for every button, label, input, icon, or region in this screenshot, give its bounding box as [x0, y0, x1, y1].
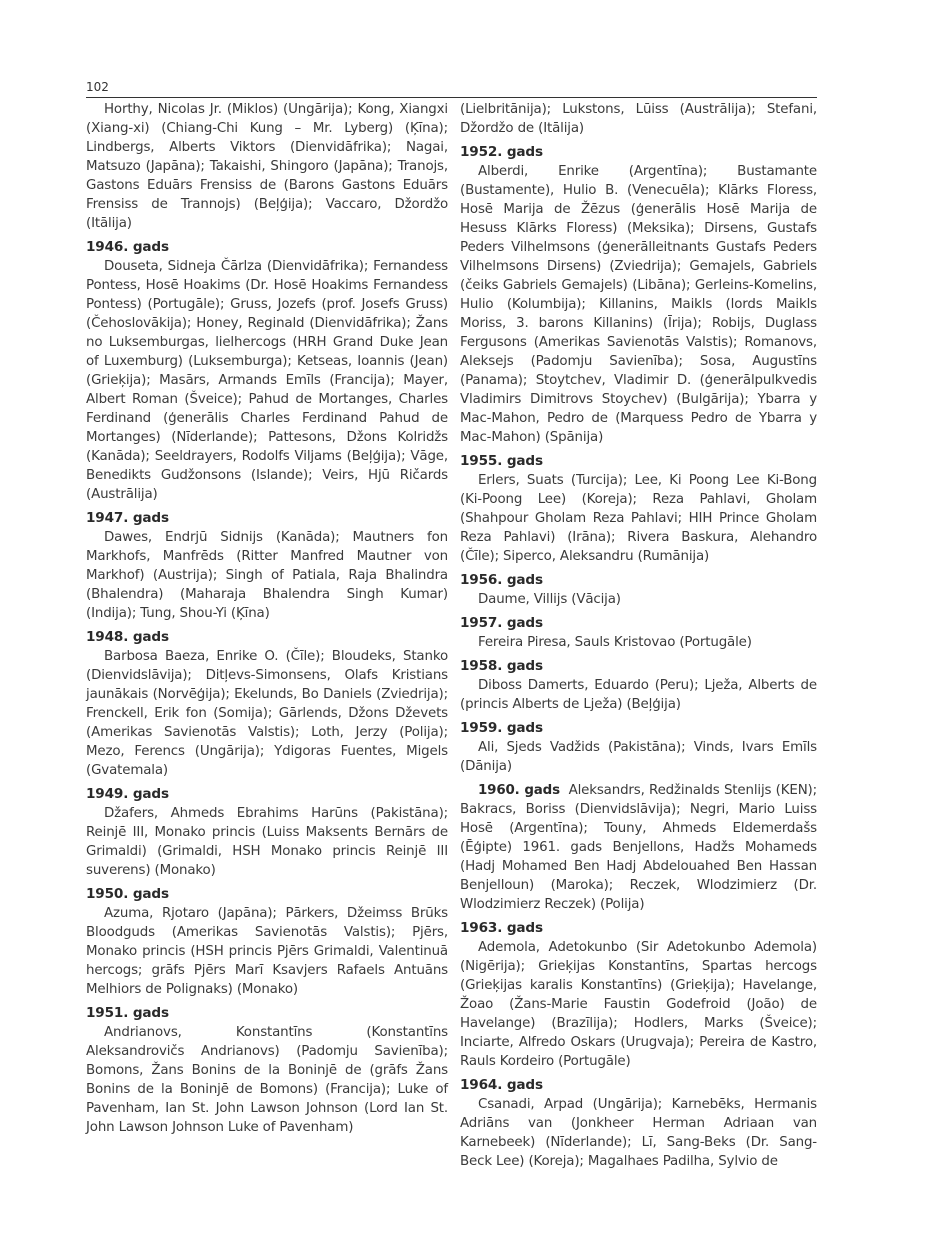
- section-text: Barbosa Baeza, Enrike O. (Čīle); Bloudek…: [86, 647, 448, 780]
- section-1955: 1955. gads Erlers, Suats (Turcija); Lee,…: [460, 452, 817, 566]
- year-heading: 1952. gads: [460, 143, 817, 162]
- year-heading: 1959. gads: [460, 719, 817, 738]
- section-text: Csanadi, Arpad (Ungārija); Karnebēks, He…: [460, 1095, 817, 1171]
- section-1947: 1947. gads Dawes, Endrjū Sidnijs (Kanāda…: [86, 509, 448, 623]
- continuation-text: (Lielbritānija); Lukstons, Lūiss (Austrā…: [460, 100, 817, 138]
- year-heading: 1964. gads: [460, 1076, 817, 1095]
- section-text: Diboss Damerts, Eduardo (Peru); Lježa, A…: [460, 676, 817, 714]
- page-number: 102: [86, 80, 109, 94]
- section-1946: 1946. gads Douseta, Sidneja Čārlza (Dien…: [86, 238, 448, 504]
- section-text: Aleksandrs, Redžinalds Stenlijs (KEN); B…: [460, 783, 817, 912]
- section-text: Džafers, Ahmeds Ebrahims Harūns (Pakistā…: [86, 804, 448, 880]
- section-1964: 1964. gads Csanadi, Arpad (Ungārija); Ka…: [460, 1076, 817, 1171]
- left-column: Horthy, Nicolas Jr. (Miklos) (Ungārija);…: [86, 100, 448, 1137]
- right-column: (Lielbritānija); Lukstons, Lūiss (Austrā…: [460, 100, 817, 1171]
- year-heading: 1951. gads: [86, 1004, 448, 1023]
- continuation-text: Horthy, Nicolas Jr. (Miklos) (Ungārija);…: [86, 100, 448, 233]
- year-heading: 1948. gads: [86, 628, 448, 647]
- section-1960: 1960. gads Aleksandrs, Redžinalds Stenli…: [460, 781, 817, 914]
- section-1959: 1959. gads Ali, Sjeds Vadžids (Pakistāna…: [460, 719, 817, 776]
- year-heading: 1947. gads: [86, 509, 448, 528]
- section-1958: 1958. gads Diboss Damerts, Eduardo (Peru…: [460, 657, 817, 714]
- year-heading: 1957. gads: [460, 614, 817, 633]
- year-heading: 1949. gads: [86, 785, 448, 804]
- section-1949: 1949. gads Džafers, Ahmeds Ebrahims Harū…: [86, 785, 448, 880]
- section-text-inline: 1960. gads Aleksandrs, Redžinalds Stenli…: [460, 781, 817, 914]
- section-text: Dawes, Endrjū Sidnijs (Kanāda); Mautners…: [86, 528, 448, 623]
- year-heading: 1963. gads: [460, 919, 817, 938]
- section-1951: 1951. gads Andrianovs, Konstantīns (Kons…: [86, 1004, 448, 1137]
- section-1957: 1957. gads Fereira Piresa, Sauls Kristov…: [460, 614, 817, 652]
- section-1952: 1952. gads Alberdi, Enrike (Argentīna); …: [460, 143, 817, 447]
- section-1956: 1956. gads Daume, Villijs (Vācija): [460, 571, 817, 609]
- section-text: Douseta, Sidneja Čārlza (Dienvidāfrika);…: [86, 257, 448, 504]
- section-text: Ademola, Adetokunbo (Sir Adetokunbo Adem…: [460, 938, 817, 1071]
- section-text: Fereira Piresa, Sauls Kristovao (Portugā…: [460, 633, 817, 652]
- section-text: Ali, Sjeds Vadžids (Pakistāna); Vinds, I…: [460, 738, 817, 776]
- year-heading: 1950. gads: [86, 885, 448, 904]
- section-text: Andrianovs, Konstantīns (Konstantīns Ale…: [86, 1023, 448, 1137]
- section-1948: 1948. gads Barbosa Baeza, Enrike O. (Čīl…: [86, 628, 448, 780]
- section-text: Erlers, Suats (Turcija); Lee, Ki Poong L…: [460, 471, 817, 566]
- section-1950: 1950. gads Azuma, Rjotaro (Japāna); Pārk…: [86, 885, 448, 999]
- section-text: Daume, Villijs (Vācija): [460, 590, 817, 609]
- header-rule: [86, 97, 817, 98]
- year-heading: 1956. gads: [460, 571, 817, 590]
- section-text: Azuma, Rjotaro (Japāna); Pārkers, Džeims…: [86, 904, 448, 999]
- year-heading: 1958. gads: [460, 657, 817, 676]
- year-heading: 1955. gads: [460, 452, 817, 471]
- year-heading: 1946. gads: [86, 238, 448, 257]
- section-1963: 1963. gads Ademola, Adetokunbo (Sir Adet…: [460, 919, 817, 1071]
- section-text: Alberdi, Enrike (Argentīna); Bustamante …: [460, 162, 817, 447]
- year-heading-inline: 1960. gads: [478, 783, 560, 798]
